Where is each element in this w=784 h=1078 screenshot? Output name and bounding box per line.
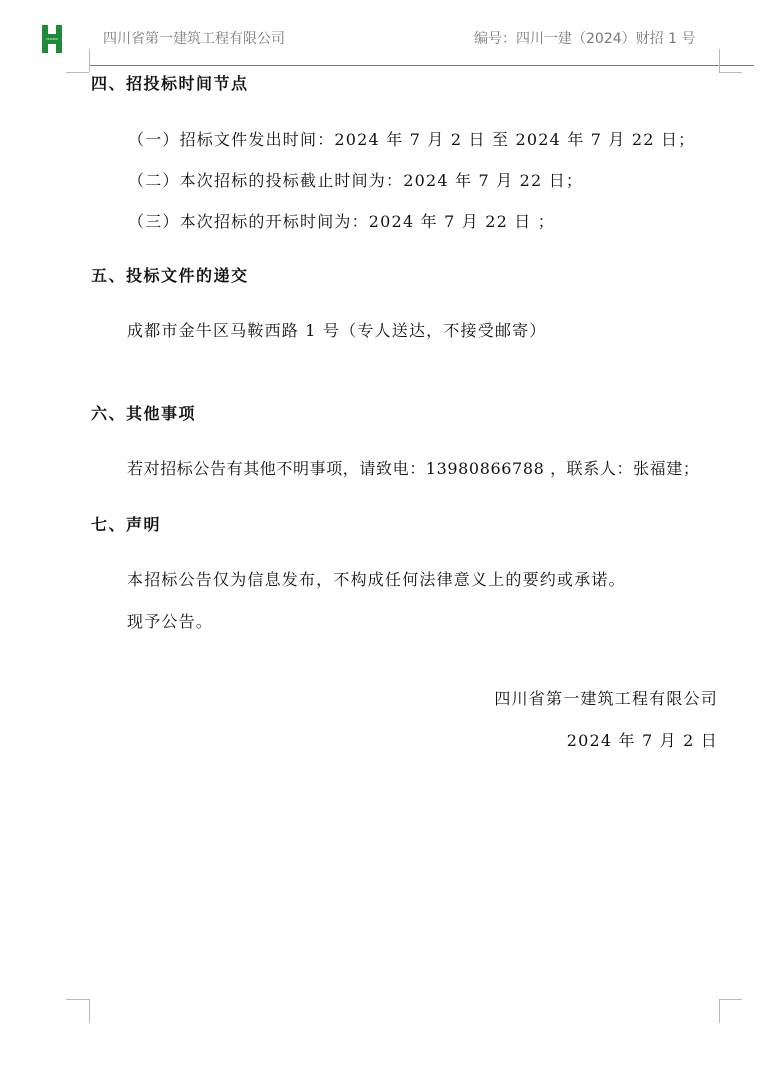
contact-info: 若对招标公告有其他不明事项，请致电：13980866788 ，联系人：张福建；: [127, 459, 699, 479]
section-heading-statement: 七、声明: [91, 515, 161, 535]
crop-mark-bottom-right: [719, 999, 720, 1023]
section-heading-other: 六、其他事项: [91, 404, 196, 424]
announcement-closing: 现予公告。: [127, 612, 213, 632]
section-heading-submission: 五、投标文件的递交: [91, 266, 249, 286]
header-company-name: 四川省第一建筑工程有限公司: [103, 28, 285, 48]
crop-mark-top-right: [719, 49, 720, 72]
header-document-number: 编号：四川一建（2024）财招 1 号: [474, 28, 695, 48]
crop-mark-top-left: [66, 72, 89, 73]
schedule-item-bid-deadline: （二）本次招标的投标截止时间为：2024 年 7 月 22 日；: [128, 171, 583, 191]
schedule-item-issue-period: （一）招标文件发出时间：2024 年 7 月 2 日 至 2024 年 7 月 …: [128, 130, 695, 150]
schedule-item-bid-opening: （三）本次招标的开标时间为：2024 年 7 月 22 日 ；: [128, 212, 555, 232]
statement-text: 本招标公告仅为信息发布，不构成任何法律意义上的要约或承诺。: [127, 570, 626, 590]
signature-company: 四川省第一建筑工程有限公司: [494, 689, 718, 709]
crop-mark-bottom-left: [89, 999, 90, 1023]
crop-mark-top-left: [89, 49, 90, 72]
logo-brand-text: HUASHI: [42, 37, 62, 41]
company-logo-icon: HUASHI: [42, 25, 62, 53]
section-heading-schedule: 四、招投标时间节点: [91, 74, 249, 94]
document-page: HUASHI 四川省第一建筑工程有限公司 编号：四川一建（2024）财招 1 号…: [0, 0, 784, 1078]
header-divider: [89, 65, 754, 66]
crop-mark-bottom-right: [719, 999, 742, 1000]
crop-mark-top-right: [719, 72, 742, 73]
submission-address: 成都市金牛区马鞍西路 1 号（专人送达，不接受邮寄）: [127, 321, 547, 341]
crop-mark-bottom-left: [66, 999, 89, 1000]
signature-date: 2024 年 7 月 2 日: [567, 731, 718, 751]
